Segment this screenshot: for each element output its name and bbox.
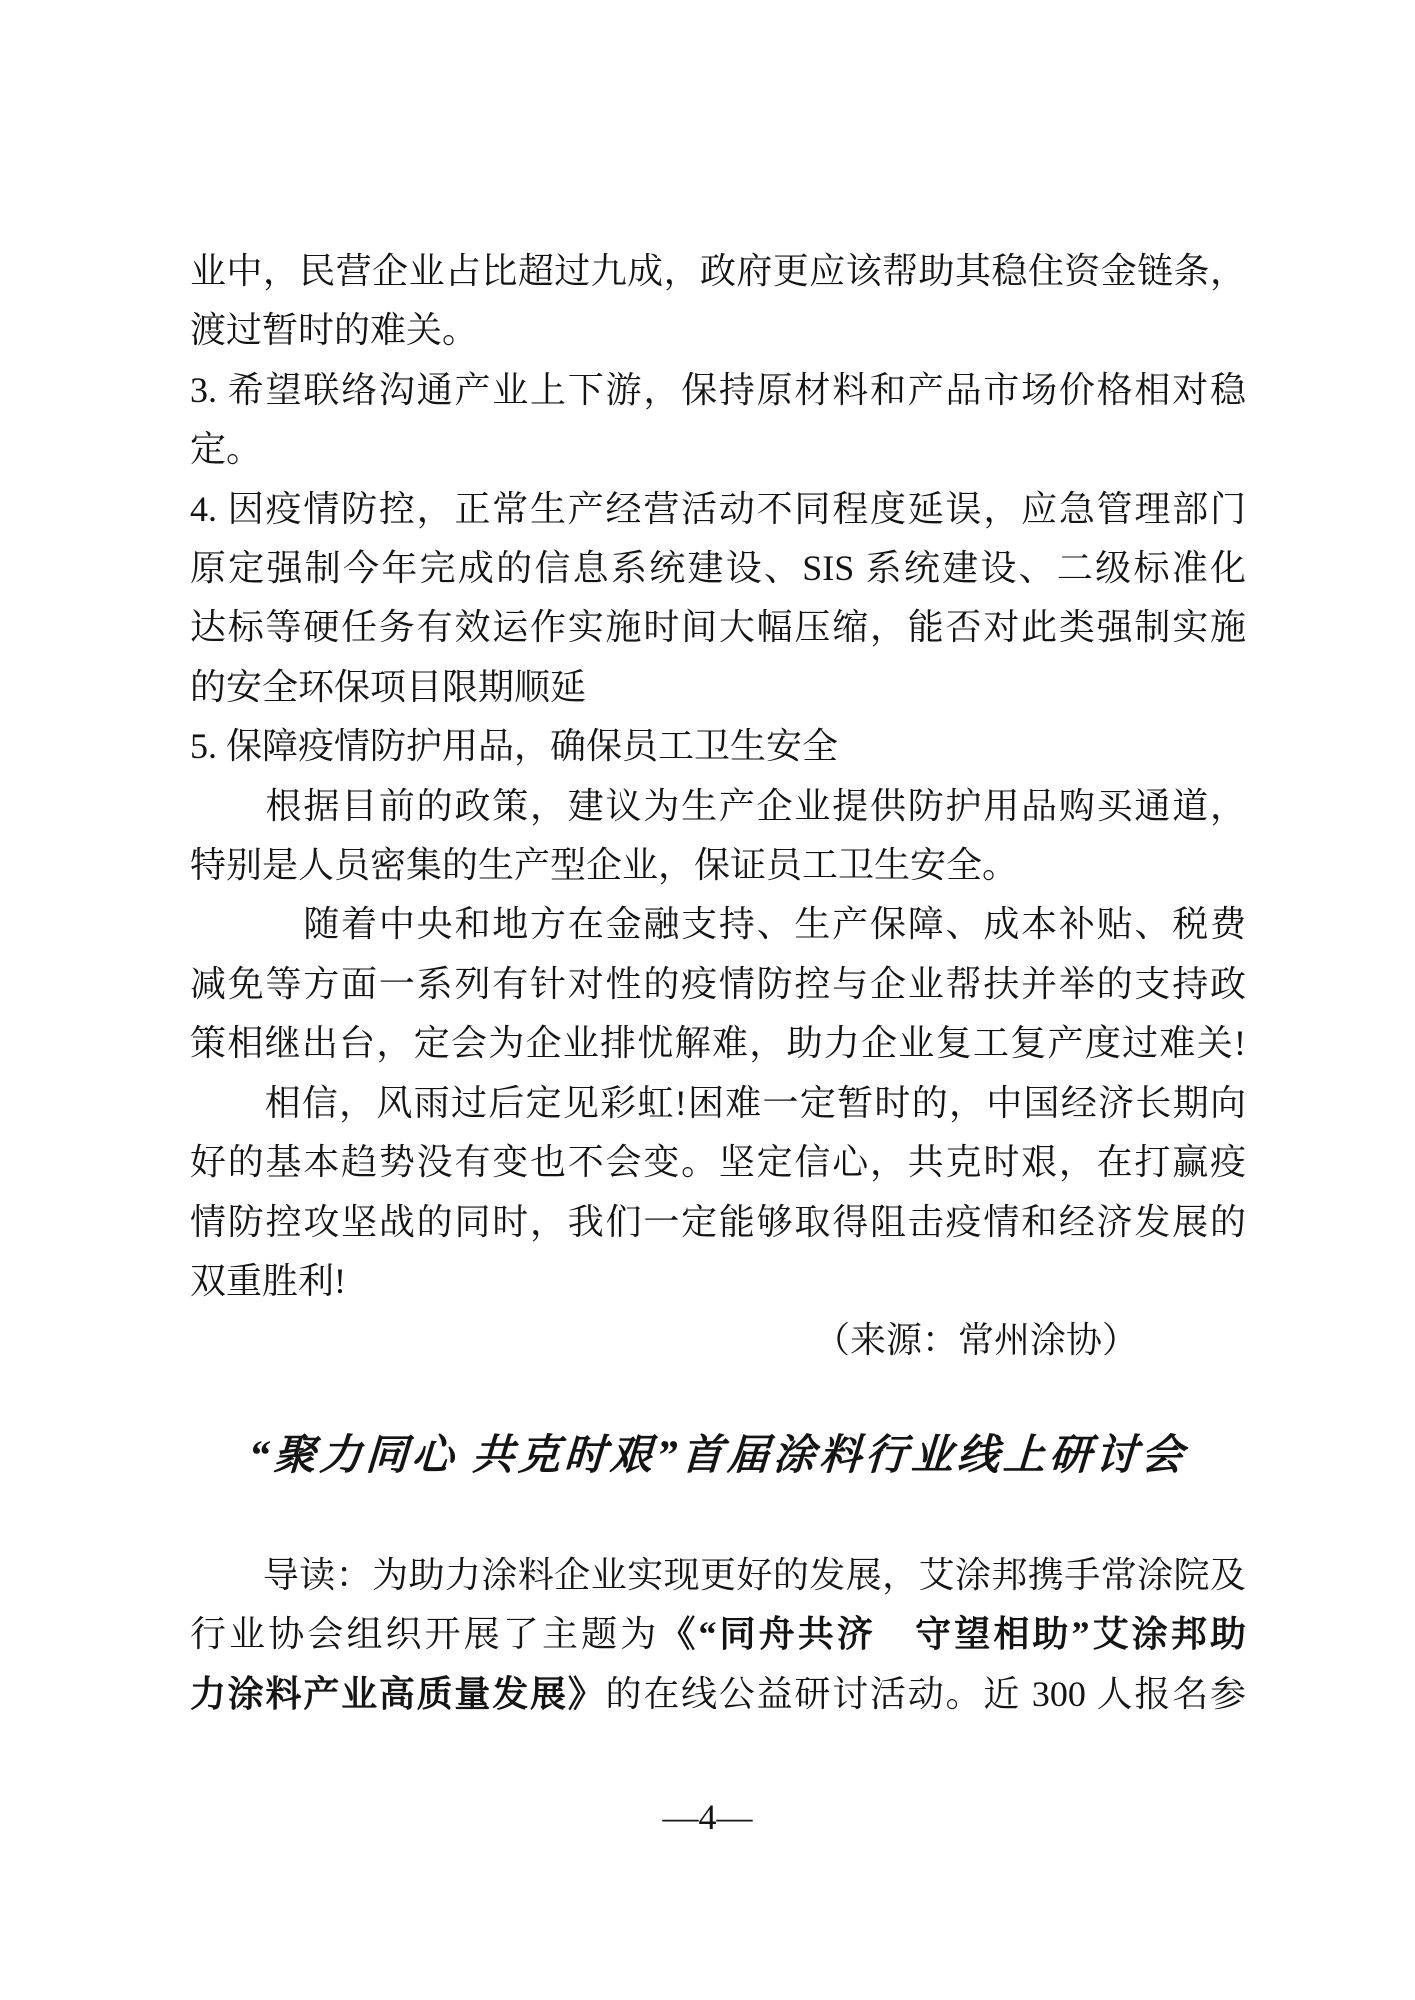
text-line: 业中，民营企业占比超过九成，政府更应该帮助其稳住资金链条， [190, 242, 1246, 301]
intro-text-regular: 行业协会组织开展了主题为 [190, 1614, 659, 1654]
text-line: 渡过暂时的难关。 [190, 301, 1246, 360]
intro-line: 行业协会组织开展了主题为《“同舟共济 守望相助”艾涂邦助 [190, 1605, 1246, 1664]
text-line: 特别是人员密集的生产型企业，保证员工卫生安全。 [190, 836, 1246, 895]
text-line-item-3: 3. 希望联络沟通产业上下游，保持原材料和产品市场价格相对稳 [190, 361, 1246, 420]
text-line: 相信，风雨过后定见彩虹!困难一定暂时的，中国经济长期向 [190, 1074, 1246, 1133]
intro-line: 力涂料产业高质量发展》的在线公益研讨活动。近 300 人报名参 [190, 1665, 1246, 1724]
text-line: 减免等方面一系列有针对性的疫情防控与企业帮扶并举的支持政 [190, 955, 1246, 1014]
section-heading: “聚力同心 共克时艰”首届涂料行业线上研讨会 [188, 1424, 1247, 1488]
document-page: 业中，民营企业占比超过九成，政府更应该帮助其稳住资金链条， 渡过暂时的难关。 3… [0, 0, 1415, 2000]
text-line: 定。 [190, 420, 1246, 479]
source-attribution: （来源：常州涂协） [190, 1311, 1246, 1370]
text-line: 原定强制今年完成的信息系统建设、SIS 系统建设、二级标准化 [190, 539, 1246, 598]
text-line: 情防控攻坚战的同时，我们一定能够取得阻击疫情和经济发展的 [190, 1193, 1246, 1252]
text-line: 随着中央和地方在金融支持、生产保障、成本补贴、税费 [190, 895, 1246, 954]
intro-text-regular: 的在线公益研讨活动。近 300 人报名参 [606, 1674, 1246, 1714]
intro-line: 导读：为助力涂料企业实现更好的发展，艾涂邦携手常涂院及 [190, 1546, 1246, 1605]
text-line: 双重胜利! [190, 1252, 1246, 1311]
document-body: 业中，民营企业占比超过九成，政府更应该帮助其稳住资金链条， 渡过暂时的难关。 3… [190, 242, 1246, 1724]
intro-text-bold: 《“同舟共济 守望相助”艾涂邦助 [659, 1614, 1246, 1654]
intro-text-bold: 力涂料产业高质量发展》 [190, 1674, 606, 1714]
text-line: 达标等硬任务有效运作实施时间大幅压缩，能否对此类强制实施 [190, 598, 1246, 657]
intro-paragraph: 导读：为助力涂料企业实现更好的发展，艾涂邦携手常涂院及 行业协会组织开展了主题为… [190, 1546, 1246, 1724]
text-line: 好的基本趋势没有变也不会变。坚定信心，共克时艰，在打赢疫 [190, 1133, 1246, 1192]
text-line-item-4: 4. 因疫情防控，正常生产经营活动不同程度延误，应急管理部门 [190, 480, 1246, 539]
text-line-item-5: 5. 保障疫情防护用品，确保员工卫生安全 [190, 717, 1246, 776]
text-line: 根据目前的政策，建议为生产企业提供防护用品购买通道， [190, 777, 1246, 836]
text-line: 的安全环保项目限期顺延 [190, 658, 1246, 717]
page-number: —4— [0, 1797, 1415, 1837]
text-line: 策相继出台，定会为企业排忧解难，助力企业复工复产度过难关! [190, 1014, 1246, 1073]
